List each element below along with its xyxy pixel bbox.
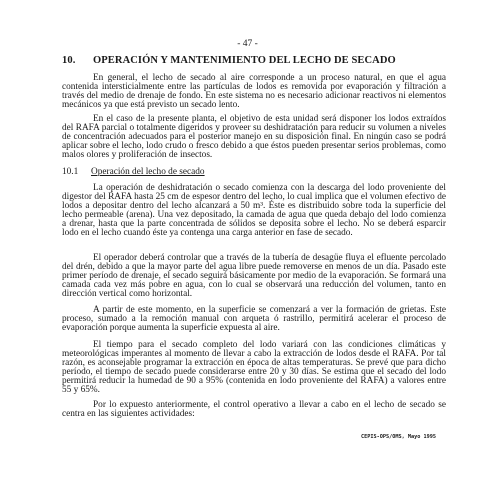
page-number: - 47 - — [0, 39, 495, 49]
paragraph-text: Por lo expuesto anteriormente, el contro… — [62, 400, 446, 419]
paragraph: Por lo expuesto anteriormente, el contro… — [62, 401, 446, 419]
paragraph: En general, el lecho de secado al aire c… — [62, 74, 446, 110]
section-number: 10. — [62, 55, 93, 66]
paragraph-text: El tiempo para el secado completo del lo… — [62, 340, 446, 395]
paragraph-text: En el caso de la presente planta, el obj… — [62, 114, 446, 160]
subsection-title: Operación del lecho de secado — [91, 167, 205, 177]
paragraph: La operación de deshidratación o secado … — [62, 184, 446, 238]
section-title: OPERACIÓN Y MANTENIMIENTO DEL LECHO DE S… — [93, 55, 396, 66]
paragraph-text: La operación de deshidratación o secado … — [62, 183, 446, 238]
paragraph-text: El operador deberá controlar que a travé… — [62, 253, 446, 299]
paragraph: A partir de este momento, en la superfic… — [62, 306, 446, 333]
paragraph: En el caso de la presente planta, el obj… — [62, 115, 446, 160]
subsection-number: 10.1 — [62, 167, 91, 177]
subsection-heading: 10.1Operación del lecho de secado — [62, 167, 205, 177]
paragraph: El tiempo para el secado completo del lo… — [62, 341, 446, 395]
paragraph-text: A partir de este momento, en la superfic… — [62, 305, 446, 333]
paragraph: El operador deberá controlar que a travé… — [62, 254, 446, 299]
footer-citation: CEPIS-OPS/OMS, Mayo 1995 — [361, 434, 436, 440]
section-heading: 10.OPERACIÓN Y MANTENIMIENTO DEL LECHO D… — [62, 55, 396, 66]
paragraph-text: En general, el lecho de secado al aire c… — [62, 73, 446, 110]
